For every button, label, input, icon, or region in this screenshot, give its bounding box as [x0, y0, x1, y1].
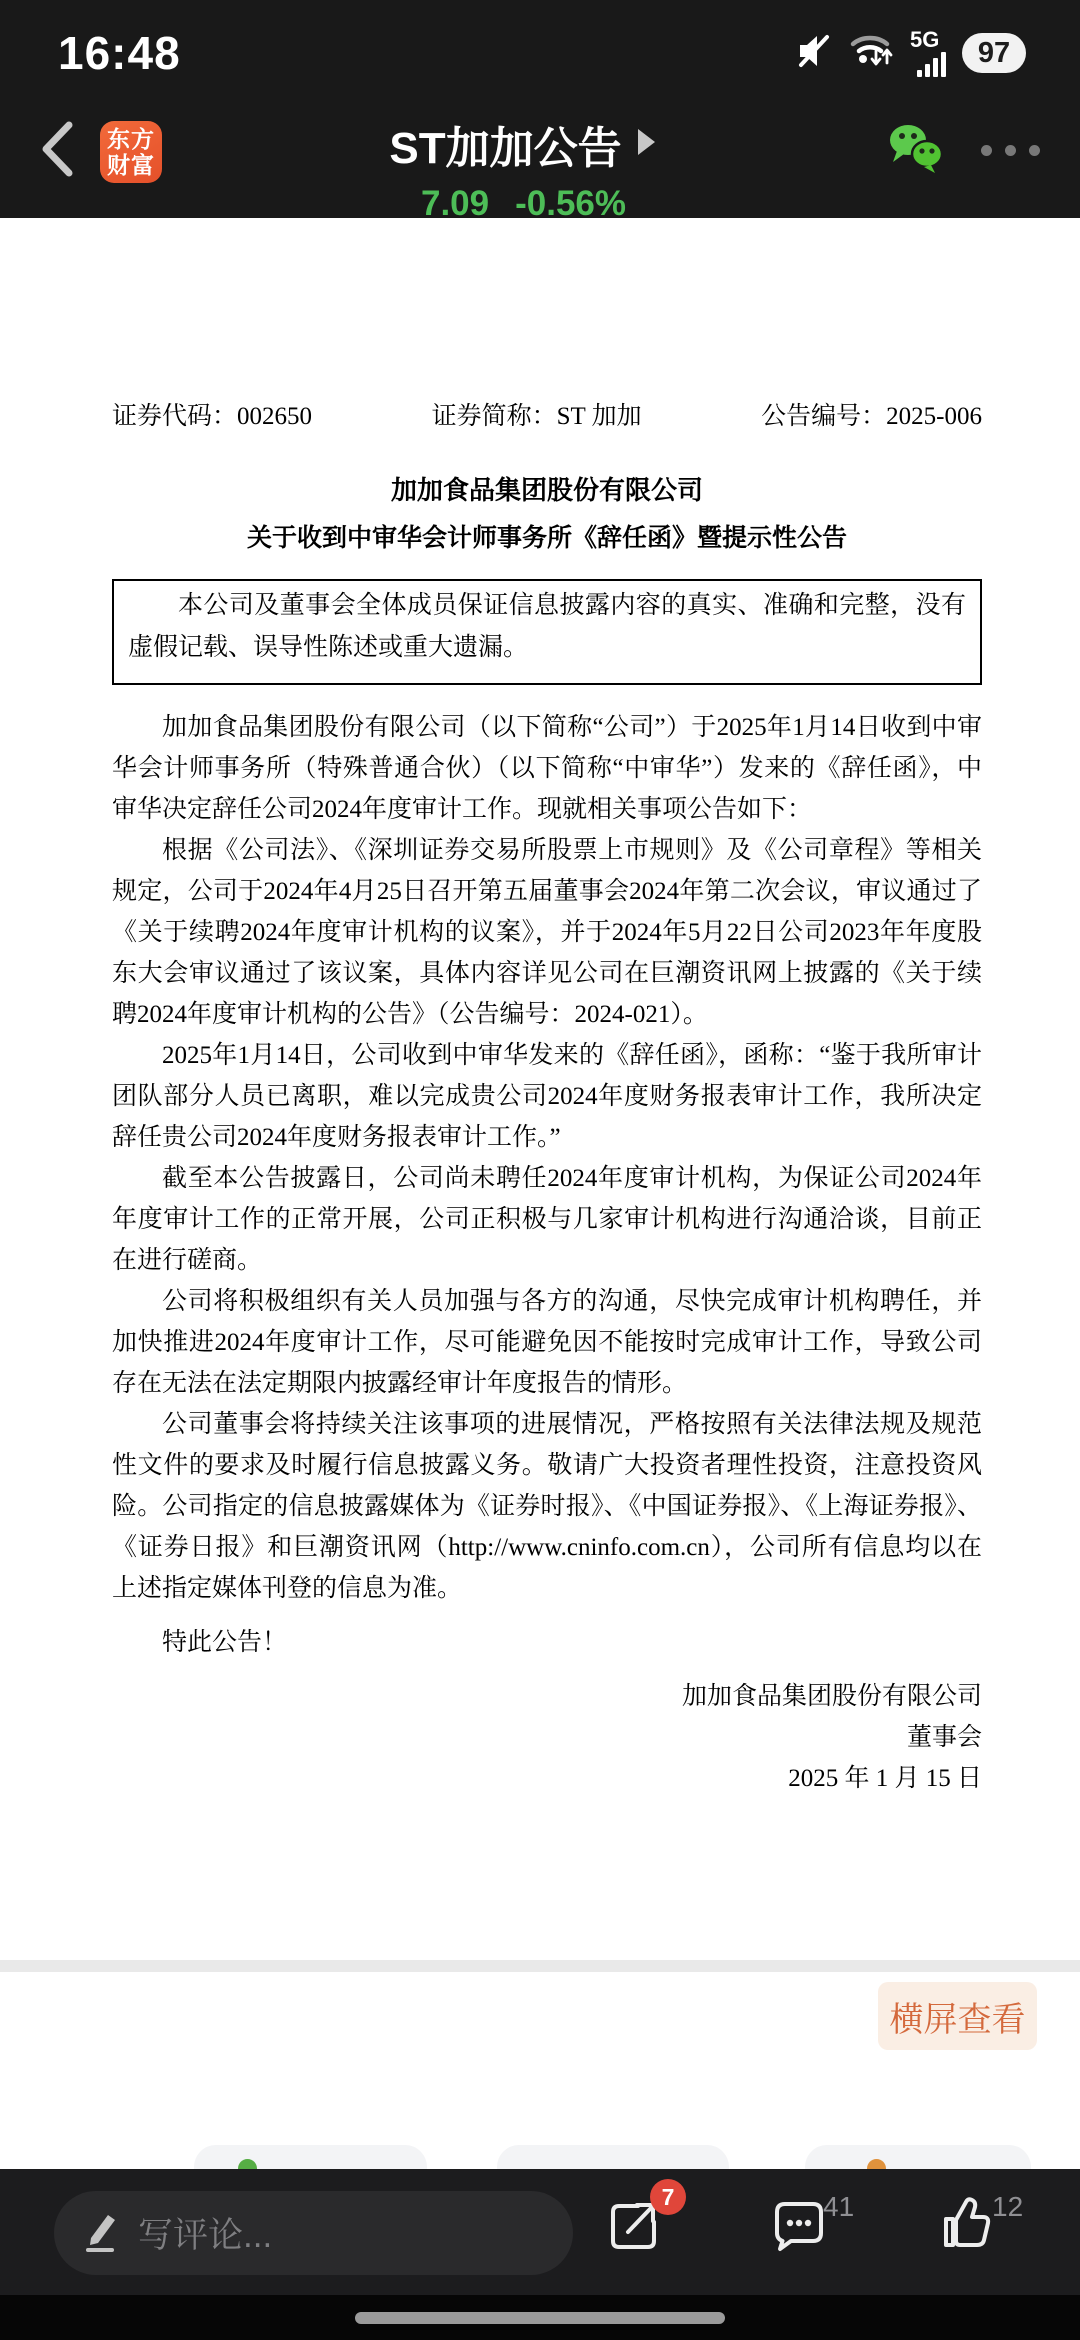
quick-reaction-pill[interactable] [497, 2145, 729, 2169]
reaction-emoji-icon [867, 2159, 886, 2169]
network-type-label: 5G [910, 30, 939, 50]
landscape-view-button[interactable]: 横屏查看 [878, 1982, 1037, 2050]
wechat-share-icon[interactable] [885, 122, 945, 179]
logo-text-top: 东方 [107, 126, 155, 152]
wifi-icon [848, 30, 894, 77]
quick-reaction-pill[interactable] [805, 2145, 1031, 2169]
status-time: 16:48 [58, 26, 181, 80]
comment-placeholder: 写评论... [138, 2208, 272, 2258]
comment-count: 41 [823, 2191, 854, 2223]
more-menu-icon[interactable] [981, 145, 1040, 156]
page-title: ST加加公告 [389, 112, 621, 176]
title-arrow-icon [634, 126, 658, 163]
home-indicator[interactable] [355, 2312, 725, 2324]
document-title: 加加食品集团股份有限公司 [112, 470, 982, 511]
signal-bars-icon [917, 52, 946, 77]
document-subtitle: 关于收到中审华会计师事务所《辞任函》暨提示性公告 [112, 518, 982, 559]
bottom-bar: 写评论... 7 41 [0, 2169, 1080, 2295]
eastmoney-logo: 东方 财富 [100, 121, 162, 183]
nav-left: 东方 财富 [0, 118, 162, 185]
back-button[interactable] [36, 118, 78, 185]
comment-input[interactable]: 写评论... [54, 2191, 573, 2275]
gesture-area [0, 2295, 1080, 2340]
signature-company: 加加食品集团股份有限公司 [112, 1676, 982, 1717]
cellular-signal-icon: 5G [910, 30, 946, 77]
announcement-document: 证券代码：002650 证券简称：ST 加加 公告编号：2025-006 加加食… [0, 218, 1080, 1960]
paragraph: 根据《公司法》、《深圳证券交易所股票上市规则》及《公司章程》等相关规定，公司于2… [112, 830, 982, 1035]
closing-line: 特此公告！ [112, 1622, 982, 1663]
like-count: 12 [992, 2191, 1023, 2223]
signature-board: 董事会 [112, 1717, 982, 1758]
share-button[interactable]: 7 [606, 2195, 658, 2254]
battery-icon: 97 [962, 33, 1026, 73]
title-row: ST加加公告 [389, 112, 657, 176]
like-button[interactable]: 12 [940, 2195, 994, 2256]
status-bar: 16:48 [58, 26, 1026, 80]
document-info-line: 证券代码：002650 证券简称：ST 加加 公告编号：2025-006 [112, 396, 982, 437]
mute-icon [796, 31, 832, 76]
share-badge: 7 [650, 2179, 686, 2215]
signature-date: 2025 年 1 月 15 日 [112, 1758, 982, 1799]
logo-text-bottom: 财富 [107, 152, 155, 178]
header: 16:48 [0, 0, 1080, 218]
security-abbr: 证券简称：ST 加加 [432, 396, 642, 437]
lower-panel: 横屏查看 [0, 1972, 1080, 2169]
comment-button[interactable]: 41 [771, 2195, 827, 2258]
section-divider [0, 1960, 1080, 1972]
reaction-emoji-icon [238, 2159, 257, 2169]
paragraph: 截至本公告披露日，公司尚未聘任2024年度审计机构，为保证公司2024年年度审计… [112, 1158, 982, 1281]
paragraph: 加加食品集团股份有限公司（以下简称“公司”）于2025年1月14日收到中审华会计… [112, 707, 982, 830]
nav-bar: 东方 财富 ST加加公告 7.09 -0.56% [0, 104, 1080, 210]
paragraph: 2025年1月14日，公司收到中审华发来的《辞任函》，函称：“鉴于我所审计团队部… [112, 1035, 982, 1158]
security-code: 证券代码：002650 [112, 396, 312, 437]
disclaimer-box: 本公司及董事会全体成员保证信息披露内容的真实、准确和完整，没有虚假记载、误导性陈… [112, 579, 982, 685]
pencil-icon [84, 2209, 118, 2258]
announcement-number: 公告编号：2025-006 [761, 396, 982, 437]
paragraph: 公司董事会将持续关注该事项的进展情况，严格按照有关法律法规及规范性文件的要求及时… [112, 1404, 982, 1609]
nav-title-group[interactable]: ST加加公告 7.09 -0.56% [162, 104, 885, 224]
quick-reaction-pill[interactable] [194, 2145, 427, 2169]
signature-block: 加加食品集团股份有限公司 董事会 2025 年 1 月 15 日 [112, 1676, 982, 1799]
screen: 16:48 [0, 0, 1080, 2340]
nav-right [885, 122, 1080, 179]
paragraph: 公司将积极组织有关人员加强与各方的沟通，尽快完成审计机构聘任，并加快推进2024… [112, 1281, 982, 1404]
status-icons: 5G 97 [796, 30, 1026, 77]
